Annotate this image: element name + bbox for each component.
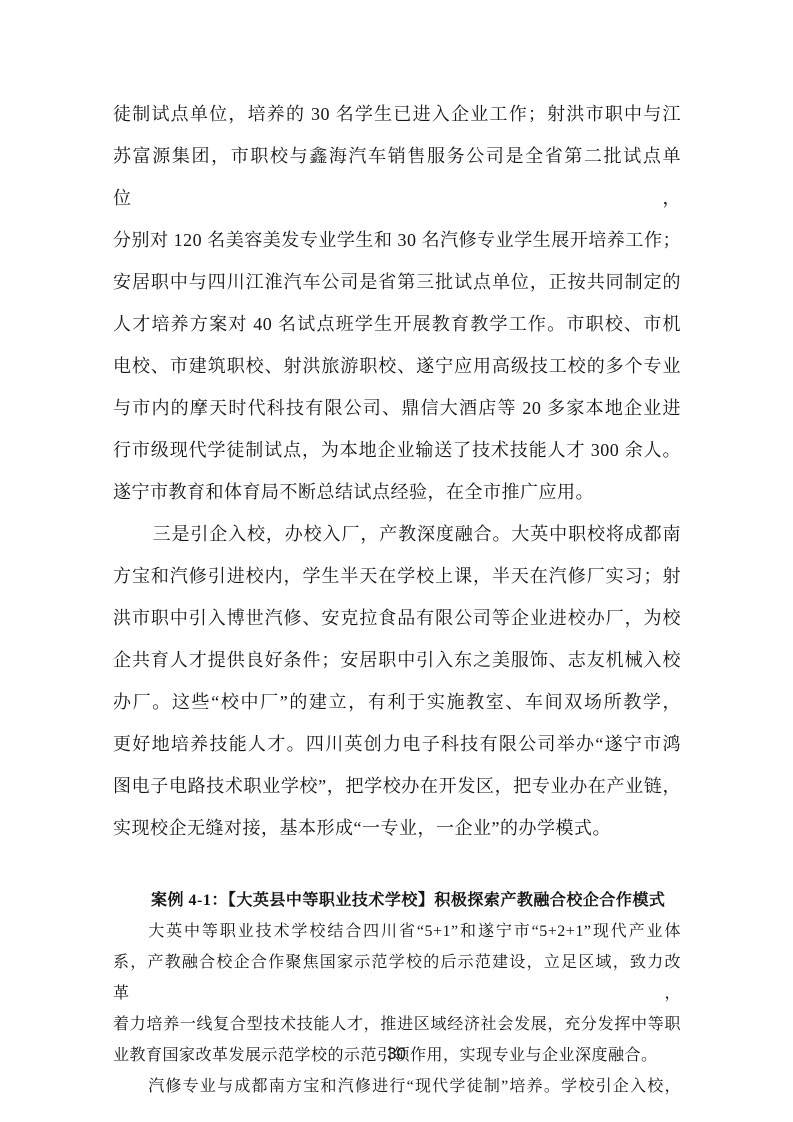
text-line: 人才培养方案对 40 名试点班学生开展教育教学工作。市职校、市机 (113, 303, 681, 345)
text-line: 着力培养一线复合型技术技能人才，推进区域经济社会发展，充分发挥中等职 (113, 1009, 681, 1040)
text-line: 三是引企入校，办校入厂，产教深度融合。大英中职校将成都南 (113, 513, 681, 555)
page-content: 徒制试点单位，培养的 30 名学生已进入企业工作；射洪市职中与江 苏富源集团，市… (113, 93, 681, 1102)
text-line: 行市级现代学徒制试点，为本地企业输送了技术技能人才 300 余人。 (113, 429, 681, 471)
text-line: 大英中等职业技术学校结合四川省“5+1”和遂宁市“5+2+1”现代产业体 (113, 916, 681, 947)
text-line: 方宝和汽修引进校内，学生半天在学校上课，半天在汽修厂实习；射 (113, 555, 681, 597)
body-paragraph-1: 徒制试点单位，培养的 30 名学生已进入企业工作；射洪市职中与江 苏富源集团，市… (113, 93, 681, 513)
text-line: 办厂。这些“校中厂”的建立，有利于实施教室、车间双场所教学， (113, 681, 681, 723)
text-line: 实现校企无缝对接，基本形成“一专业，一企业”的办学模式。 (113, 807, 681, 849)
text-line: 遂宁市教育和体育局不断总结试点经验，在全市推广应用。 (113, 471, 681, 513)
document-page: 徒制试点单位，培养的 30 名学生已进入企业工作；射洪市职中与江 苏富源集团，市… (0, 0, 793, 1122)
body-paragraph-2: 三是引企入校，办校入厂，产教深度融合。大英中职校将成都南 方宝和汽修引进校内，学… (113, 513, 681, 849)
text-line: 与市内的摩天时代科技有限公司、鼎信大酒店等 20 多家本地企业进 (113, 387, 681, 429)
text-line: 苏富源集团，市职校与鑫海汽车销售服务公司是全省第二批试点单位， (113, 135, 681, 219)
text-line: 更好地培养技能人才。四川英创力电子科技有限公司举办“遂宁市鸿 (113, 723, 681, 765)
text-line: 图电子电路技术职业学校”，把学校办在开发区，把专业办在产业链， (113, 765, 681, 807)
text-line: 电校、市建筑职校、射洪旅游职校、遂宁应用高级技工校的多个专业 (113, 345, 681, 387)
text-line: 企共育人才提供良好条件；安居职中引入东之美服饰、志友机械入校 (113, 639, 681, 681)
page-number: 30 (0, 1042, 793, 1066)
case-study-section: 案例 4-1：【大英县中等职业技术学校】积极探索产教融合校企合作模式 大英中等职… (113, 885, 681, 1102)
text-line: 汽修专业与成都南方宝和汽修进行“现代学徒制”培养。学校引企入校， (113, 1071, 681, 1102)
text-line: 安居职中与四川江淮汽车公司是省第三批试点单位，正按共同制定的 (113, 261, 681, 303)
text-line: 徒制试点单位，培养的 30 名学生已进入企业工作；射洪市职中与江 (113, 93, 681, 135)
case-study-paragraph-2: 汽修专业与成都南方宝和汽修进行“现代学徒制”培养。学校引企入校， (113, 1071, 681, 1102)
text-line: 洪市职中引入博世汽修、安克拉食品有限公司等企业进校办厂，为校 (113, 597, 681, 639)
case-study-heading: 案例 4-1：【大英县中等职业技术学校】积极探索产教融合校企合作模式 (113, 885, 681, 916)
text-line: 分别对 120 名美容美发专业学生和 30 名汽修专业学生展开培养工作； (113, 219, 681, 261)
text-line: 系，产教融合校企合作聚焦国家示范学校的后示范建设，立足区域，致力改革， (113, 947, 681, 1009)
